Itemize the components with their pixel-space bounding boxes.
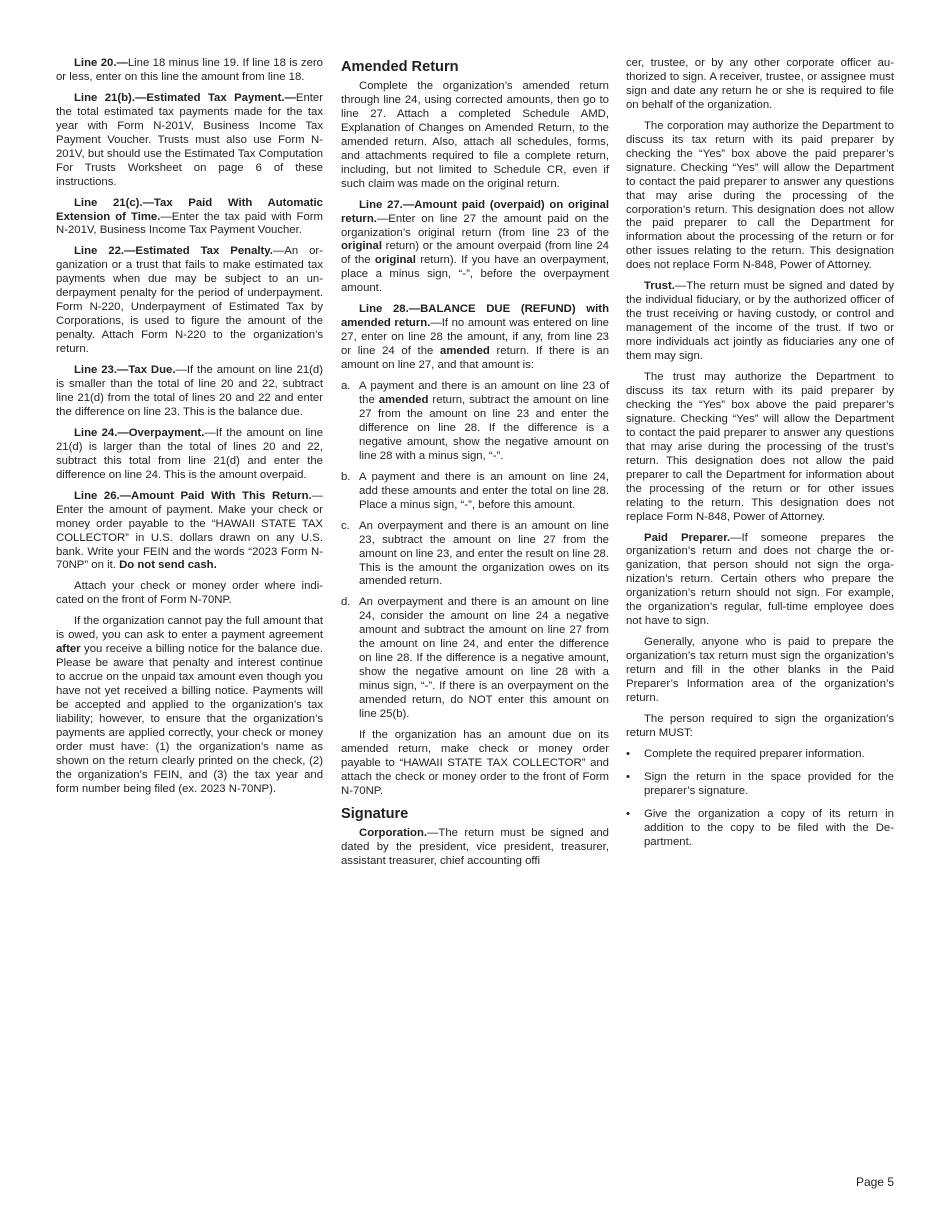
column-2: Amended Return Complete the organization…	[341, 57, 609, 876]
list-item: •Sign the return in the space provided f…	[626, 771, 894, 799]
line-28-conditions-list: a.A payment and there is an amount on li…	[341, 380, 609, 722]
list-item: d.An overpayment and there is an amount …	[341, 596, 609, 722]
must-intro-paragraph: The person required to sign the organiza…	[626, 713, 894, 741]
line-28-paragraph: Line 28.—BALANCE DUE (REFUND) with amend…	[341, 303, 609, 373]
line-21c-paragraph: Line 21(c).—Tax Paid With Automatic Exte…	[56, 197, 323, 239]
corporation-paragraph: Corporation.—The return must be signed a…	[341, 827, 609, 869]
line-21b-paragraph: Line 21(b).—Estimated Tax Payment.—Enter…	[56, 92, 323, 190]
attach-check-paragraph: Attach your check or money order where i…	[56, 580, 323, 608]
line-20-paragraph: Line 20.—Line 18 minus line 19. If line …	[56, 57, 323, 85]
amended-intro-paragraph: Complete the organization’s amended retu…	[341, 80, 609, 192]
line-27-paragraph: Line 27.—Amount paid (overpaid) on origi…	[341, 199, 609, 297]
line-24-paragraph: Line 24.—Overpayment.—If the amount on l…	[56, 427, 323, 483]
amended-return-heading: Amended Return	[341, 59, 609, 76]
signature-heading: Signature	[341, 806, 609, 823]
list-item: b.A payment and there is an amount on li…	[341, 471, 609, 513]
corporation-continued-paragraph: cer, trustee, or by any other corporate …	[626, 57, 894, 113]
column-1: Line 20.—Line 18 minus line 19. If line …	[56, 57, 323, 804]
page-number: Page 5	[856, 1175, 894, 1189]
list-item: a.A payment and there is an amount on li…	[341, 380, 609, 464]
preparer-requirements-list: •Complete the required preparer informat…	[626, 748, 894, 850]
list-item: c.An overpayment and there is an amount …	[341, 520, 609, 590]
line-26-paragraph: Line 26.—Amount Paid With This Return.—E…	[56, 490, 323, 574]
list-item: •Give the organization a copy of its ret…	[626, 808, 894, 850]
trust-paragraph: Trust.—The return must be signed and dat…	[626, 280, 894, 364]
list-item: •Complete the required preparer informat…	[626, 748, 894, 762]
generally-paragraph: Generally, anyone who is paid to prepare…	[626, 636, 894, 706]
paid-preparer-paragraph: Paid Preparer.—If someone prepares the o…	[626, 532, 894, 630]
column-3: cer, trustee, or by any other corporate …	[626, 57, 894, 859]
corporation-authorize-paragraph: The corporation may authorize the Depart…	[626, 120, 894, 273]
trust-authorize-paragraph: The trust may authorize the Department t…	[626, 371, 894, 524]
payment-agreement-paragraph: If the organization cannot pay the full …	[56, 615, 323, 796]
amount-due-paragraph: If the organization has an amount due on…	[341, 729, 609, 799]
line-23-paragraph: Line 23.—Tax Due.—If the amount on line …	[56, 364, 323, 420]
line-22-paragraph: Line 22.—Estimated Tax Penalty.—An or­ga…	[56, 245, 323, 357]
